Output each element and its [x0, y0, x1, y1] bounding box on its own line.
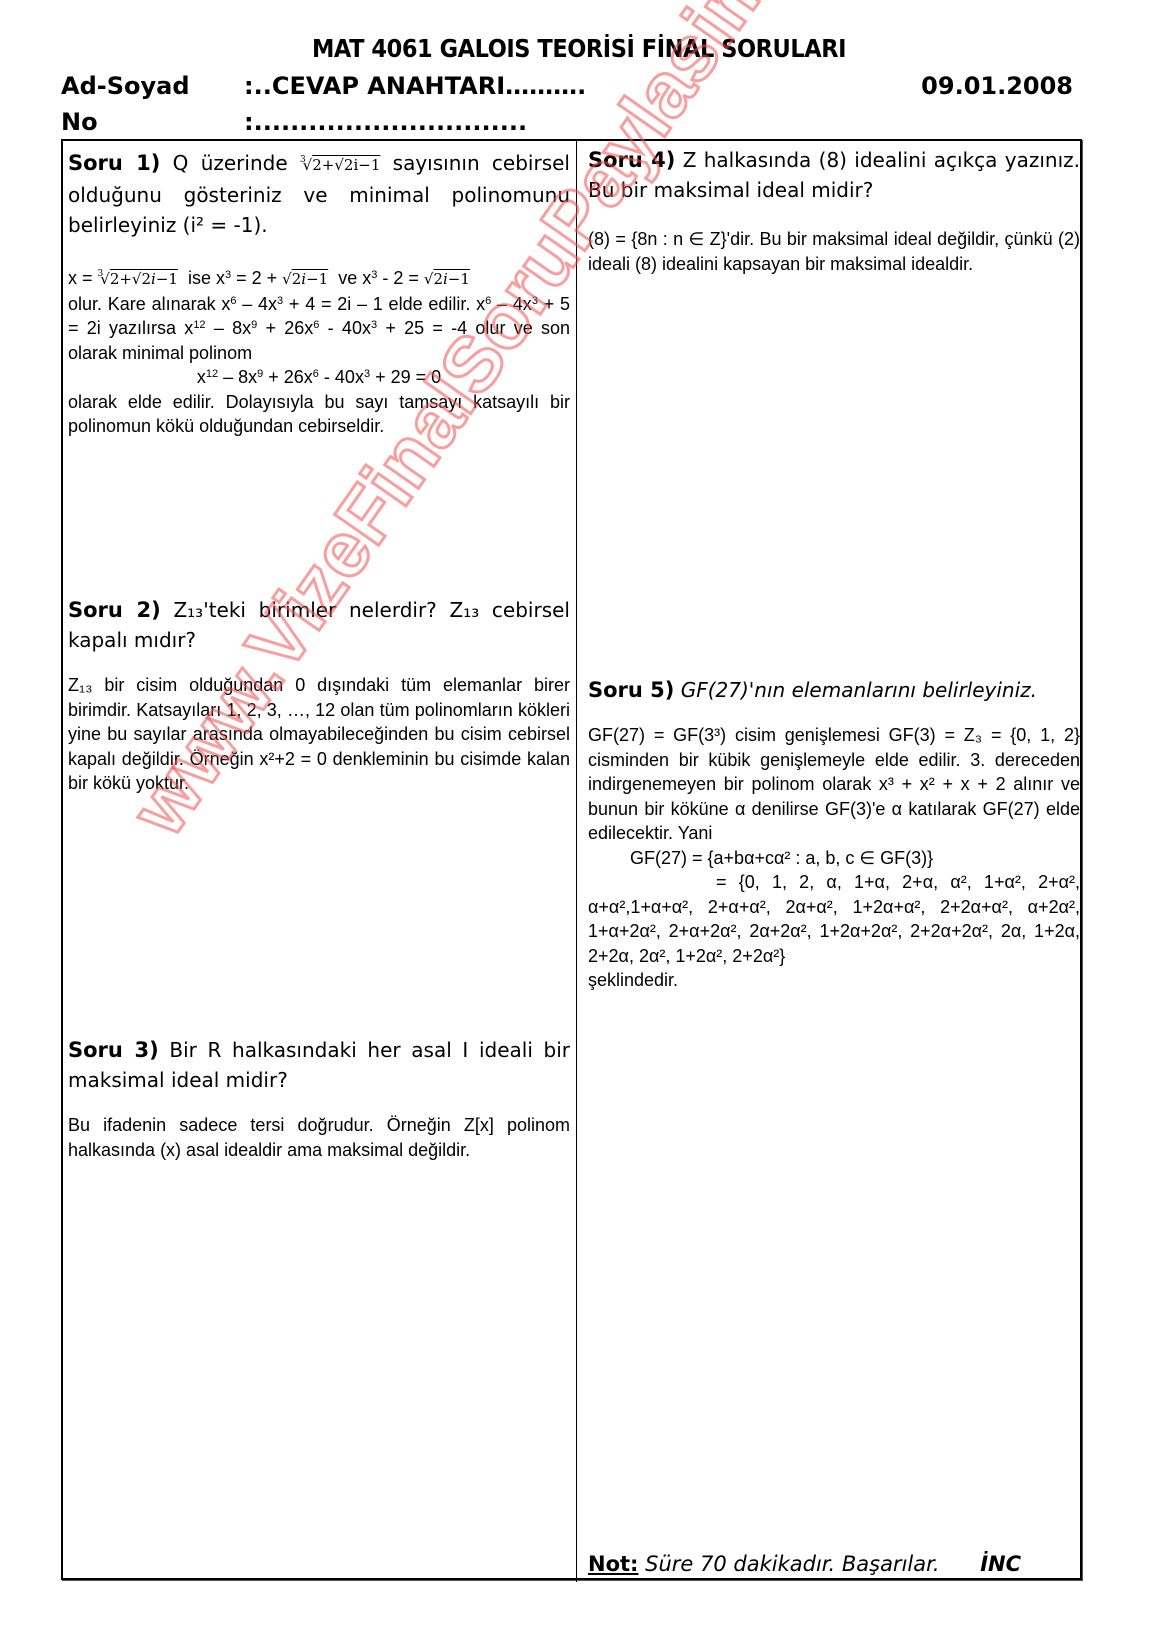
answer-1-line-1: x = 3√2+√2i−1 ise x3 = 2 + √2i−1 ve x3 -…	[68, 262, 570, 292]
question-4-prompt: Soru 4) Z halkasında (8) idealini açıkça…	[588, 145, 1080, 205]
question-5-answer: GF(27) = GF(3³) cisim genişlemesi GF(3) …	[588, 723, 1080, 993]
question-5-text: GF(27)'nın elemanlarını belirleyiniz.	[681, 678, 1037, 702]
name-label: Ad-Soyad	[61, 72, 190, 100]
cube-root-expression: 3√2+√2i−1	[300, 156, 380, 174]
exam-title: MAT 4061 GALOIS TEORİSİ FİNAL SORULARI	[58, 34, 1100, 63]
question-2-prompt: Soru 2) Z₁₃'teki birimler nelerdir? Z₁₃ …	[68, 595, 570, 655]
question-1: Soru 1) Q üzerinde 3√2+√2i−1 sayısının c…	[68, 145, 570, 439]
question-2-answer: Z₁₃ bir cisim olduğundan 0 dışındaki tüm…	[68, 673, 570, 796]
question-1-prompt: Soru 1) Q üzerinde 3√2+√2i−1 sayısının c…	[68, 145, 570, 240]
question-1-answer: x = 3√2+√2i−1 ise x3 = 2 + √2i−1 ve x3 -…	[68, 262, 570, 439]
minimal-polynomial: x12 – 8x9 + 26x6 - 40x3 + 29 = 0	[68, 365, 570, 390]
question-2-label: Soru 2)	[68, 598, 161, 622]
question-5-prompt: Soru 5) GF(27)'nın elemanlarını belirley…	[588, 675, 1080, 705]
signature: İNC	[980, 1552, 1021, 1576]
question-4: Soru 4) Z halkasında (8) idealini açıkça…	[588, 145, 1080, 276]
number-value: :..............................	[244, 108, 527, 136]
answer-1-conclusion: olarak elde edilir. Dolayısıyla bu sayı …	[68, 390, 570, 439]
answer-1-line-2: olur. Kare alınarak x6 – 4x3 + 4 = 2i – …	[68, 292, 570, 366]
question-4-label: Soru 4)	[588, 148, 675, 172]
question-3-prompt: Soru 3) Bir R halkasındaki her asal I id…	[68, 1035, 570, 1095]
exam-date: 09.01.2008	[921, 72, 1073, 100]
gf27-elements: = {0, 1, 2, α, 1+α, 2+α, α², 1+α², 2+α²,…	[588, 870, 1080, 968]
question-3: Soru 3) Bir R halkasındaki her asal I id…	[68, 1035, 570, 1162]
question-3-answer: Bu ifadenin sadece tersi doğrudur. Örneğ…	[68, 1113, 570, 1162]
question-1-label: Soru 1)	[68, 151, 160, 175]
name-value: :..CEVAP ANAHTARI……….	[244, 72, 586, 100]
number-label: No	[61, 108, 98, 136]
gf27-definition: GF(27) = {a+bα+cα² : a, b, c ∈ GF(3)}	[588, 846, 1080, 871]
question-4-answer: (8) = {8n : n ∈ Z}'dir. Bu bir maksimal …	[588, 227, 1080, 276]
answer-5-closing: şeklindedir.	[588, 968, 1080, 993]
question-3-label: Soru 3)	[68, 1038, 159, 1062]
question-5: Soru 5) GF(27)'nın elemanlarını belirley…	[588, 675, 1080, 993]
note-text: Süre 70 dakikadır. Başarılar.	[645, 1552, 939, 1576]
answer-5-intro: GF(27) = GF(3³) cisim genişlemesi GF(3) …	[588, 723, 1080, 846]
column-divider	[576, 139, 577, 1582]
question-1-text-a: Q üzerinde	[173, 151, 288, 175]
footer-note: Not: Süre 70 dakikadır. Başarılar. İNC	[588, 1552, 1021, 1576]
question-5-label: Soru 5)	[588, 678, 674, 702]
question-2: Soru 2) Z₁₃'teki birimler nelerdir? Z₁₃ …	[68, 595, 570, 796]
note-label: Not:	[588, 1552, 638, 1576]
